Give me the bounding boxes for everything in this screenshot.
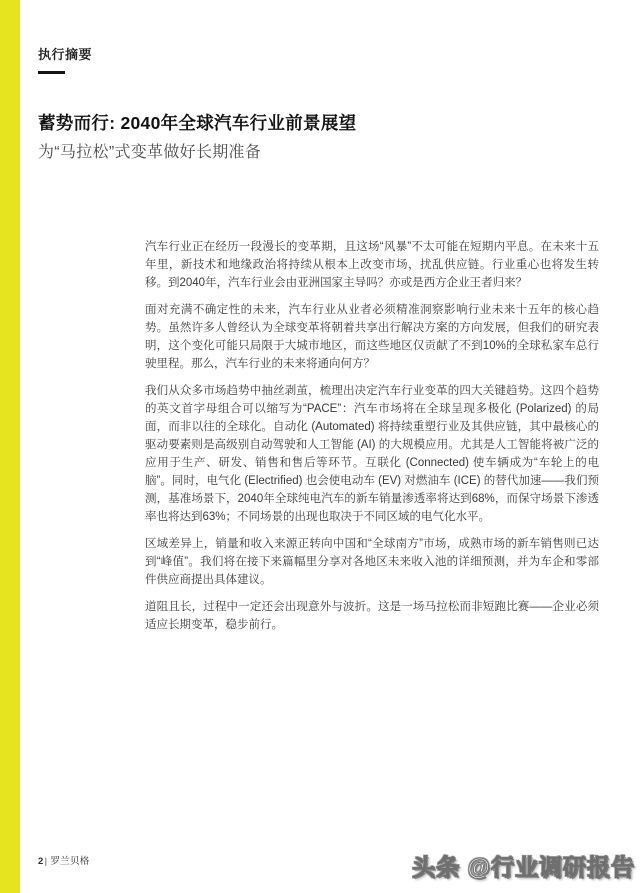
paragraph-3: 我们从众多市场趋势中抽丝剥茧，梳理出决定汽车行业变革的四大关键趋势。这四个趋势的… [145, 382, 599, 526]
report-title: 蓄势而行: 2040年全球汽车行业前景展望 [38, 110, 356, 135]
paragraph-2: 面对充满不确定性的未来，汽车行业从业者必须精准洞察影响行业未来十五年的核心趋势。… [145, 301, 599, 373]
body-text-block: 汽车行业正在经历一段漫长的变革期，且这场“风暴”不太可能在短期内平息。在未来十五… [145, 238, 599, 643]
watermark: 头条 @行业调研报告 [412, 849, 635, 882]
brand-name: 罗兰贝格 [50, 856, 89, 867]
paragraph-5: 道阻且长，过程中一定还会出现意外与波折。这是一场马拉松而非短跑比赛——企业必须适… [145, 598, 599, 634]
page-footer: 2|罗兰贝格 [38, 853, 90, 867]
footer-separator: | [45, 856, 48, 867]
paragraph-1: 汽车行业正在经历一段漫长的变革期，且这场“风暴”不太可能在短期内平息。在未来十五… [145, 238, 599, 292]
report-subtitle: 为“马拉松”式变革做好长期准备 [38, 139, 261, 162]
section-underline [38, 71, 65, 74]
accent-bar [0, 0, 20, 893]
document-page: 执行摘要 蓄势而行: 2040年全球汽车行业前景展望 为“马拉松”式变革做好长期… [0, 0, 640, 893]
page-number: 2 [38, 856, 44, 867]
section-label: 执行摘要 [38, 44, 92, 63]
paragraph-4: 区域差异上，销量和收入来源正转向中国和“全球南方”市场，成熟市场的新车销售则已达… [145, 535, 599, 589]
